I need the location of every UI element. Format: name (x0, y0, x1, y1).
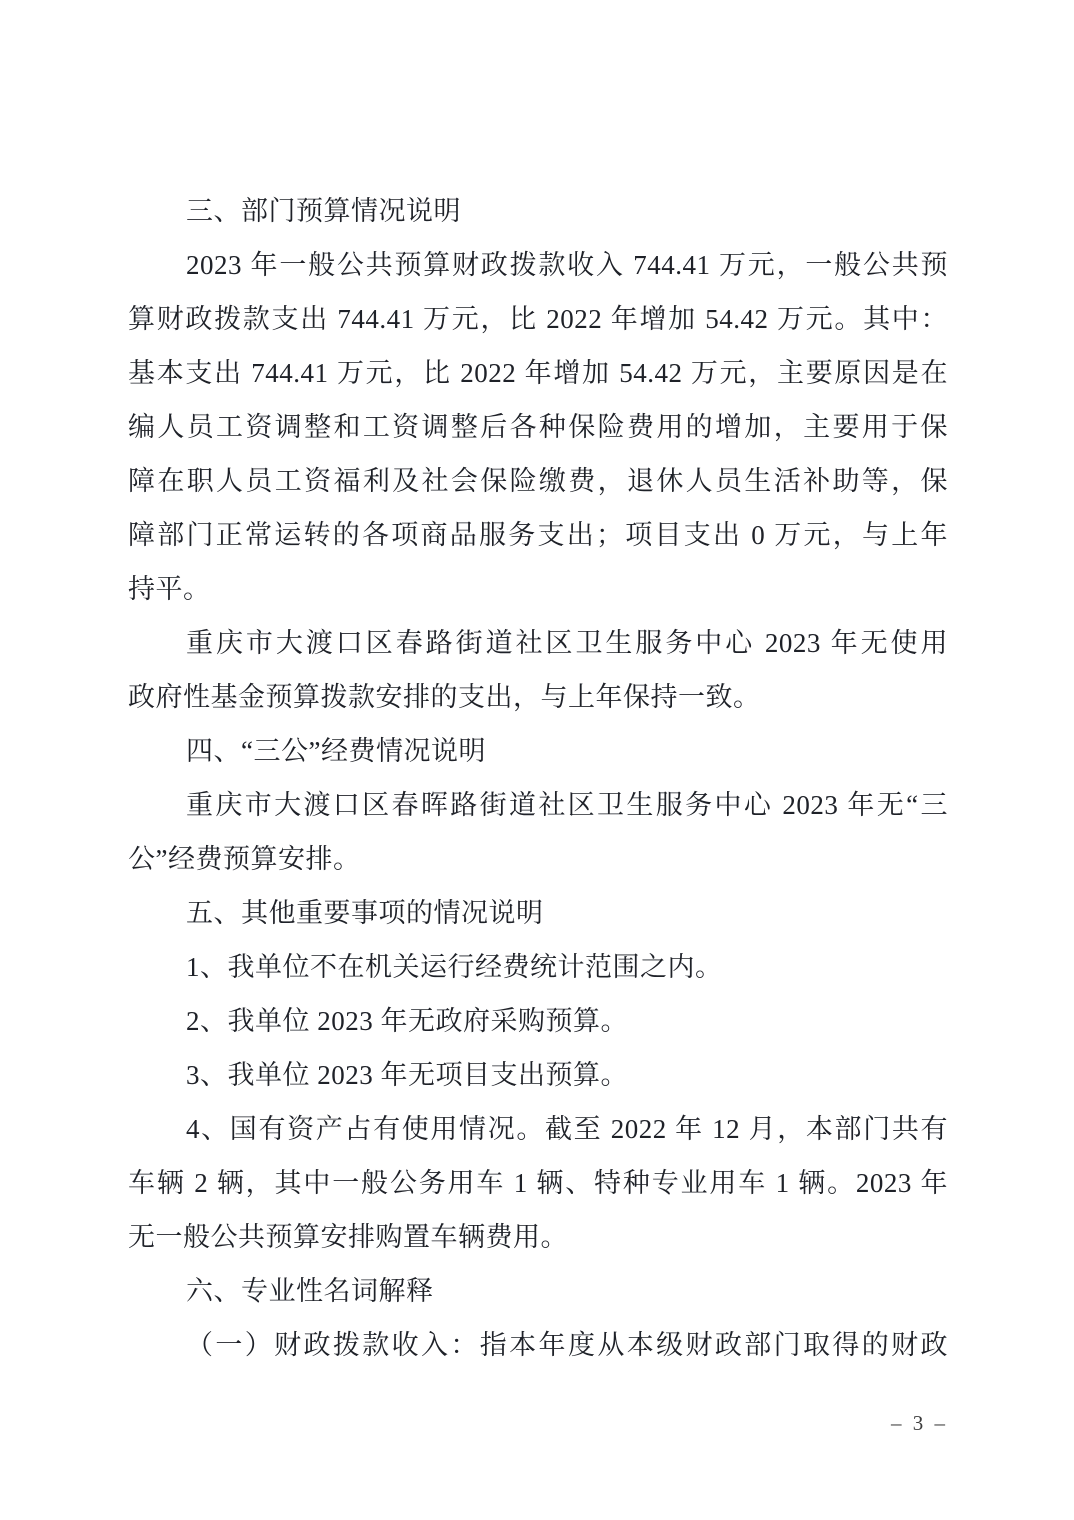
paragraph-line: 重庆市大渡口区春晖路街道社区卫生服务中心 2023 年无“三 (128, 778, 948, 832)
paragraph-line: 2023 年一般公共预算财政拨款收入 744.41 万元，一般公共预 (128, 238, 948, 292)
document-page: 三、部门预算情况说明 2023 年一般公共预算财政拨款收入 744.41 万元，… (0, 0, 1074, 1520)
paragraph-line: 编人员工资调整和工资调整后各种保险费用的增加，主要用于保 (128, 400, 948, 454)
paragraph-line: 车辆 2 辆，其中一般公务用车 1 辆、特种专业用车 1 辆。2023 年 (128, 1156, 948, 1210)
section-heading-six: 六、专业性名词解释 (128, 1264, 948, 1318)
paragraph-line: 公”经费预算安排。 (128, 832, 948, 886)
document-body: 三、部门预算情况说明 2023 年一般公共预算财政拨款收入 744.41 万元，… (128, 184, 948, 1372)
page-number: – 3 – (891, 1408, 948, 1438)
paragraph-line: 基本支出 744.41 万元，比 2022 年增加 54.42 万元，主要原因是… (128, 346, 948, 400)
paragraph-line: 算财政拨款支出 744.41 万元，比 2022 年增加 54.42 万元。其中… (128, 292, 948, 346)
definition-line: （一）财政拨款收入：指本年度从本级财政部门取得的财政 (128, 1318, 948, 1372)
list-item-4: 4、国有资产占有使用情况。截至 2022 年 12 月，本部门共有 (128, 1102, 948, 1156)
list-item-1: 1、我单位不在机关运行经费统计范围之内。 (128, 940, 948, 994)
paragraph-line: 障部门正常运转的各项商品服务支出；项目支出 0 万元，与上年 (128, 508, 948, 562)
section-heading-four: 四、“三公”经费情况说明 (128, 724, 948, 778)
section-heading-five: 五、其他重要事项的情况说明 (128, 886, 948, 940)
paragraph-line: 政府性基金预算拨款安排的支出，与上年保持一致。 (128, 670, 948, 724)
list-item-3: 3、我单位 2023 年无项目支出预算。 (128, 1048, 948, 1102)
paragraph-line: 无一般公共预算安排购置车辆费用。 (128, 1210, 948, 1264)
list-item-2: 2、我单位 2023 年无政府采购预算。 (128, 994, 948, 1048)
paragraph-line: 重庆市大渡口区春路街道社区卫生服务中心 2023 年无使用 (128, 616, 948, 670)
paragraph-line: 持平。 (128, 562, 948, 616)
paragraph-line: 障在职人员工资福利及社会保险缴费，退休人员生活补助等，保 (128, 454, 948, 508)
section-heading-three: 三、部门预算情况说明 (128, 184, 948, 238)
